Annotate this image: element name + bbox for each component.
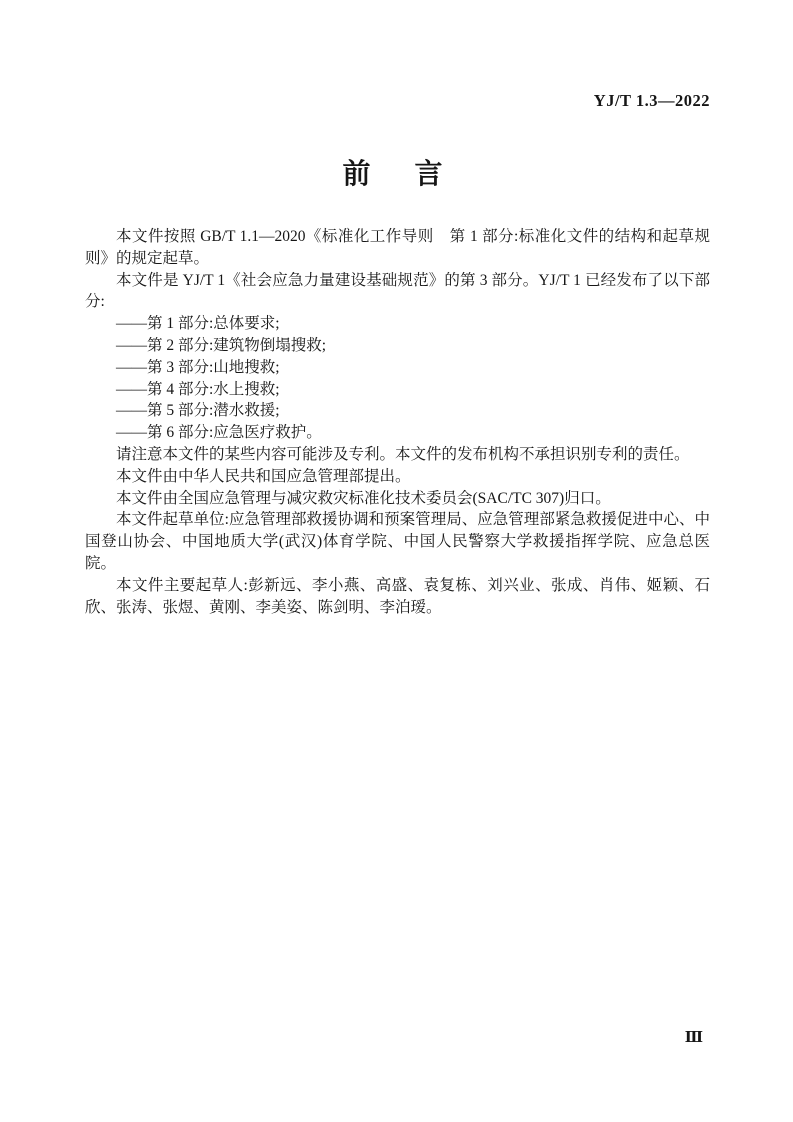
document-page: YJ/T 1.3—2022 前 言 本文件按照 GB/T 1.1—2020《标准…: [0, 0, 793, 1122]
standard-code: YJ/T 1.3—2022: [594, 91, 710, 111]
list-item-part-4: ——第 4 部分:水上搜救;: [85, 379, 710, 401]
list-item-part-5: ——第 5 部分:潜水救援;: [85, 400, 710, 422]
paragraph-drafting-organizations: 本文件起草单位:应急管理部救援协调和预案管理局、应急管理部紧急救援促进中心、中国…: [85, 509, 710, 574]
list-item-part-3: ——第 3 部分:山地搜救;: [85, 357, 710, 379]
paragraph-series-intro: 本文件是 YJ/T 1《社会应急力量建设基础规范》的第 3 部分。YJ/T 1 …: [85, 270, 710, 314]
page-number: Ⅲ: [685, 1028, 703, 1047]
foreword-body: 本文件按照 GB/T 1.1—2020《标准化工作导则 第 1 部分:标准化文件…: [85, 226, 710, 618]
list-item-part-6: ——第 6 部分:应急医疗救护。: [85, 422, 710, 444]
parts-list: ——第 1 部分:总体要求; ——第 2 部分:建筑物倒塌搜救; ——第 3 部…: [85, 313, 710, 444]
page-title: 前 言: [0, 152, 793, 192]
list-item-part-2: ——第 2 部分:建筑物倒塌搜救;: [85, 335, 710, 357]
paragraph-centralized-by: 本文件由全国应急管理与减灾救灾标准化技术委员会(SAC/TC 307)归口。: [85, 488, 710, 510]
paragraph-proposed-by: 本文件由中华人民共和国应急管理部提出。: [85, 466, 710, 488]
paragraph-main-drafters: 本文件主要起草人:彭新远、李小燕、高盛、袁复栋、刘兴业、张成、肖伟、姬颖、石欣、…: [85, 575, 710, 619]
paragraph-drafting-rules: 本文件按照 GB/T 1.1—2020《标准化工作导则 第 1 部分:标准化文件…: [85, 226, 710, 270]
paragraph-patent-notice: 请注意本文件的某些内容可能涉及专利。本文件的发布机构不承担识别专利的责任。: [85, 444, 710, 466]
list-item-part-1: ——第 1 部分:总体要求;: [85, 313, 710, 335]
